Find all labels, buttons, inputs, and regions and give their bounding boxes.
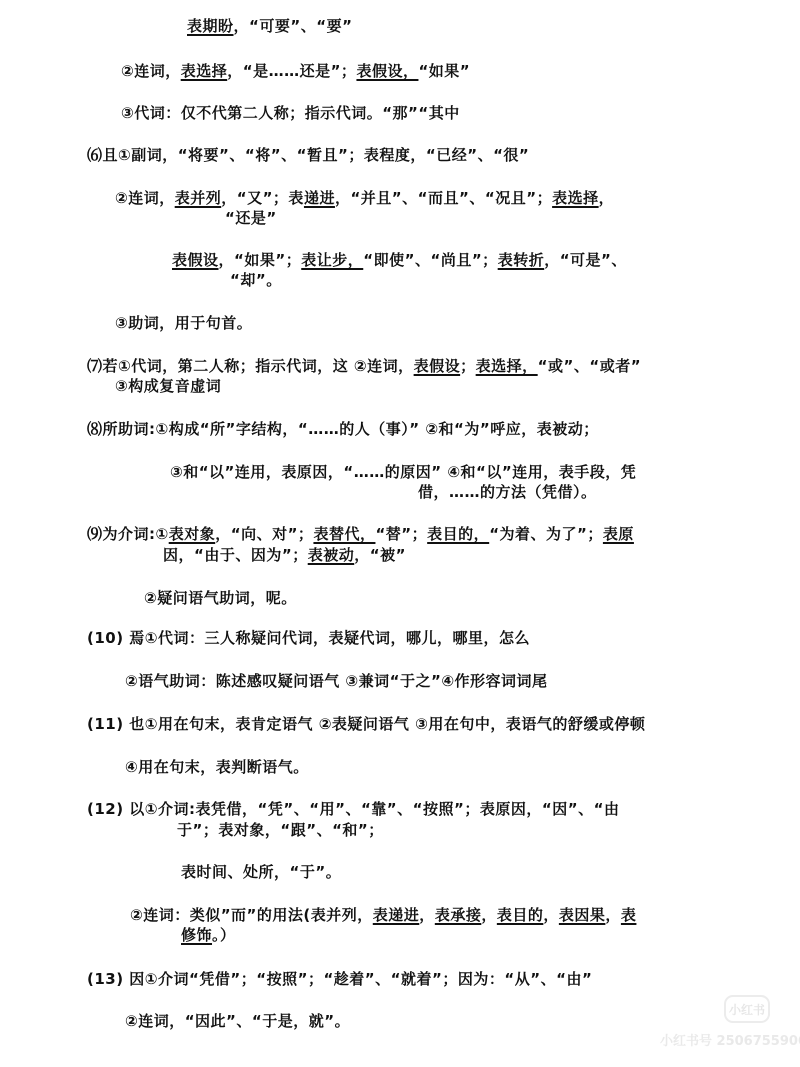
underlined-term: 表选择	[181, 62, 228, 80]
underlined-term: 表对象	[169, 525, 216, 543]
entry-12-yi-cont: 于”；表对象，“跟”、“和”；	[177, 820, 384, 840]
text-segment: ，“如果”；	[219, 251, 302, 269]
entry-9-wei-particle: ②疑问语气助词，呢。	[144, 588, 297, 608]
text-segment: ⑹且①副词，“将要”、“将”、“暂且”；表程度，“已经”、“很”	[87, 146, 529, 164]
underlined-term: 表选择，	[476, 357, 538, 375]
text-segment: ③助词，用于句首。	[115, 314, 252, 332]
text-segment: 借，……的方法（凭借）。	[418, 483, 597, 501]
underlined-term: 表选择	[552, 189, 599, 207]
entry-12-yi-time: 表时间、处所，“于”。	[181, 862, 341, 882]
entry-10-yan: (10) 焉①代词：三人称疑问代词，表疑代词，哪儿，哪里，怎么	[87, 628, 530, 648]
text-segment: (11) 也①用在句末，表肯定语气 ②表疑问语气 ③用在句中，表语气的舒缓或停顿	[87, 715, 645, 733]
underlined-term: 表因果	[559, 906, 606, 924]
text-segment: ，	[481, 906, 497, 924]
text-segment: “却”。	[230, 271, 282, 289]
text-segment: 于”；表对象，“跟”、“和”；	[177, 821, 384, 839]
text-segment: (10) 焉①代词：三人称疑问代词，表疑代词，哪儿，哪里，怎么	[87, 629, 530, 647]
entry-8-suo-cont2: 借，……的方法（凭借）。	[418, 482, 597, 502]
entry-8-suo-cont: ③和“以”连用，表原因，“……的原因” ④和“以”连用，表手段，凭	[170, 462, 636, 482]
watermark-logo: 小红书	[724, 995, 770, 1023]
text-segment: ，“并且”、“而且”、“况且”；	[335, 189, 552, 207]
text-segment: ，	[605, 906, 621, 924]
text-segment: 表时间、处所，“于”。	[181, 863, 341, 881]
text-segment: ，“被”	[354, 546, 406, 564]
entry-11-ye-cont: ④用在句末，表判断语气。	[125, 757, 309, 777]
text-segment: ，	[599, 189, 615, 207]
underlined-term: 表承接	[435, 906, 482, 924]
entry-13-yin: (13) 因①介词“凭借”；“按照”；“趁着”、“就着”；因为：“从”、“由”	[87, 969, 592, 989]
underlined-term: 表期盼	[187, 17, 234, 35]
underlined-term: 表让步，	[301, 251, 363, 269]
text-segment: “替”；	[375, 525, 427, 543]
underlined-term: 表原	[603, 525, 634, 543]
entry-7-ruo-cont: ③构成复音虚词	[115, 376, 221, 396]
entry-6-qie: ⑹且①副词，“将要”、“将”、“暂且”；表程度，“已经”、“很”	[87, 145, 529, 165]
text-segment: ③和“以”连用，表原因，“……的原因” ④和“以”连用，表手段，凭	[170, 463, 636, 481]
text-segment: “为着、为了”；	[489, 525, 603, 543]
entry-12-yi-conjunction-cont: 修饰。）	[181, 925, 236, 945]
underlined-term: 表替代，	[313, 525, 375, 543]
text-segment: 。）	[212, 926, 236, 944]
line-conjunction-choice: ②连词，表选择，“是……还是”；表假设，“如果”	[121, 61, 470, 81]
text-segment: “还是”	[225, 209, 277, 227]
text-segment: ，“又”；表	[221, 189, 304, 207]
entry-6-conjunction-cont: “还是”	[225, 208, 277, 228]
text-segment: “或”、“或者”	[538, 357, 641, 375]
text-segment: ，“向、对”；	[215, 525, 313, 543]
text-segment: (13) 因①介词“凭借”；“按照”；“趁着”、“就着”；因为：“从”、“由”	[87, 970, 592, 988]
text-segment: ；	[460, 357, 476, 375]
line-pronoun: ③代词：仅不代第二人称；指示代词。“那”“其中	[121, 103, 460, 123]
text-segment: ④用在句末，表判断语气。	[125, 758, 309, 776]
underlined-term: 表递进	[373, 906, 420, 924]
text-segment: ⑻所助词:①构成“所”字结构，“……的人（事）” ②和“为”呼应，表被动；	[87, 420, 599, 438]
entry-8-suo: ⑻所助词:①构成“所”字结构，“……的人（事）” ②和“为”呼应，表被动；	[87, 419, 599, 439]
text-segment: ②连词，	[115, 189, 175, 207]
underlined-term: 表假设	[172, 251, 219, 269]
text-segment: ，“是……还是”；	[227, 62, 356, 80]
text-segment: ③构成复音虚词	[115, 377, 221, 395]
text-segment: “如果”	[418, 62, 470, 80]
underlined-term: 表目的	[497, 906, 544, 924]
underlined-term: 表被动	[308, 546, 355, 564]
underlined-term: 修饰	[181, 926, 212, 944]
text-segment: ②连词，	[121, 62, 181, 80]
text-segment: ，“可要”、“要”	[234, 17, 353, 35]
entry-9-wei-cont: 因，“由于、因为”；表被动，“被”	[163, 545, 406, 565]
text-segment: (12) 以①介词:表凭借，“凭”、“用”、“靠”、“按照”；表原因，“因”、“…	[87, 800, 619, 818]
underlined-term: 表	[621, 906, 637, 924]
entry-12-yi: (12) 以①介词:表凭借，“凭”、“用”、“靠”、“按照”；表原因，“因”、“…	[87, 799, 619, 819]
entry-6-hypothesis: 表假设，“如果”；表让步，“即使”、“尚且”；表转折，“可是”、	[172, 250, 627, 270]
text-segment: “即使”、“尚且”；	[363, 251, 497, 269]
entry-6-particle: ③助词，用于句首。	[115, 313, 252, 333]
entry-6-hypothesis-cont: “却”。	[230, 270, 282, 290]
line-biao-qipan: 表期盼，“可要”、“要”	[187, 16, 352, 36]
text-segment: ②连词，“因此”、“于是，就”。	[125, 1012, 350, 1030]
text-segment: ，	[543, 906, 559, 924]
entry-11-ye: (11) 也①用在句末，表肯定语气 ②表疑问语气 ③用在句中，表语气的舒缓或停顿	[87, 714, 645, 734]
underlined-term: 递进	[304, 189, 335, 207]
underlined-term: 表并列	[175, 189, 222, 207]
underlined-term: 表假设，	[356, 62, 418, 80]
text-segment: ，“可是”、	[544, 251, 627, 269]
text-segment: ③代词：仅不代第二人称；指示代词。“那”“其中	[121, 104, 460, 122]
text-segment: ②连词：类似”而”的用法(表并列，	[130, 906, 373, 924]
text-segment: ⑺若①代词，第二人称；指示代词，这 ②连词，	[87, 357, 414, 375]
text-segment: 因，“由于、因为”；	[163, 546, 308, 564]
text-segment: ，	[419, 906, 435, 924]
entry-6-conjunction: ②连词，表并列，“又”；表递进，“并且”、“而且”、“况且”；表选择，	[115, 188, 614, 208]
text-segment: ⑼为介词:①	[87, 525, 169, 543]
underlined-term: 表转折	[498, 251, 545, 269]
entry-13-yin-cont: ②连词，“因此”、“于是，就”。	[125, 1011, 350, 1031]
entry-12-yi-conjunction: ②连词：类似”而”的用法(表并列，表递进，表承接，表目的，表因果，表	[130, 905, 636, 925]
underlined-term: 表假设	[414, 357, 461, 375]
watermark-text: 小红书号 2506755906	[660, 1030, 800, 1049]
entry-9-wei: ⑼为介词:①表对象，“向、对”；表替代，“替”；表目的，“为着、为了”；表原	[87, 524, 634, 544]
text-segment: ②疑问语气助词，呢。	[144, 589, 297, 607]
entry-7-ruo: ⑺若①代词，第二人称；指示代词，这 ②连词，表假设；表选择，“或”、“或者”	[87, 356, 641, 376]
underlined-term: 表目的，	[427, 525, 489, 543]
text-segment: ②语气助词：陈述感叹疑问语气 ③兼词“于之”④作形容词词尾	[125, 672, 548, 690]
entry-10-yan-cont: ②语气助词：陈述感叹疑问语气 ③兼词“于之”④作形容词词尾	[125, 671, 548, 691]
